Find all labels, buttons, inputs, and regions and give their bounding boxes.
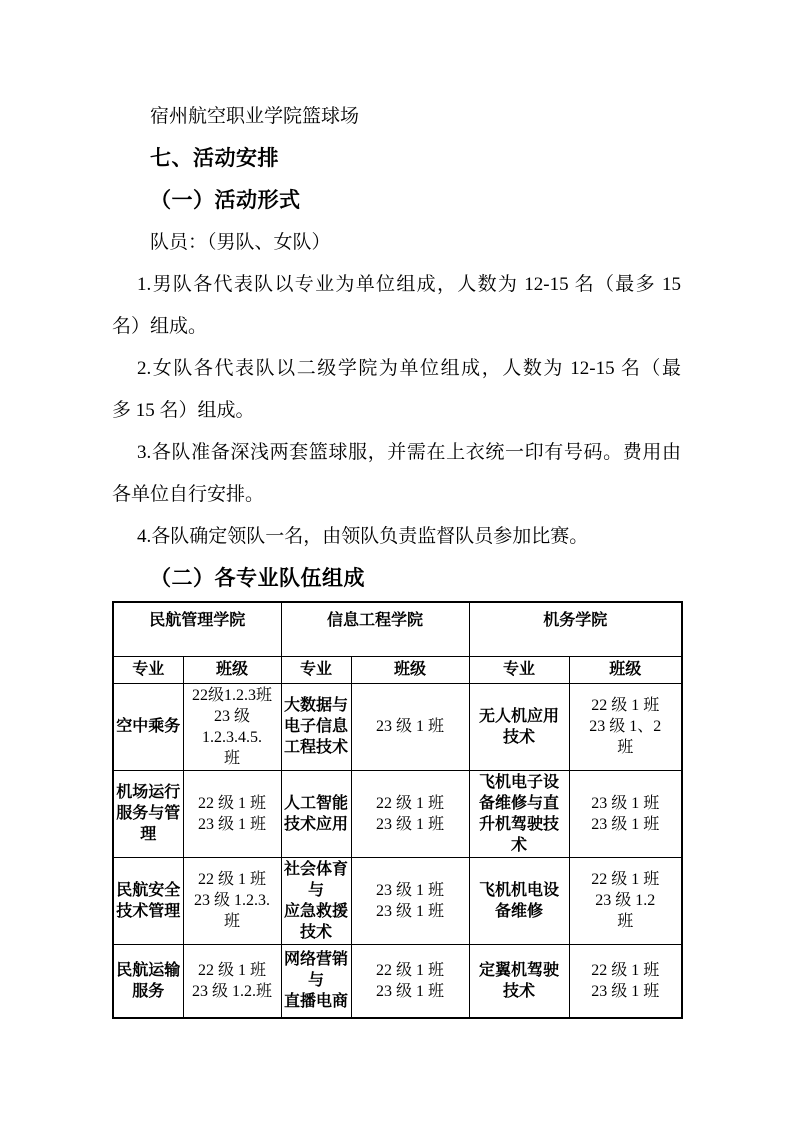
specialty-cell: 民航运输 服务 xyxy=(113,944,183,1018)
subsection-heading-one: （一）活动形式 xyxy=(112,180,681,222)
specialty-cell: 飞机机电设 备维修 xyxy=(469,857,569,944)
class-cell: 22 级 1 班 23 级 1 班 xyxy=(569,944,682,1018)
document-page: 宿州航空职业学院篮球场 七、活动安排 （一）活动形式 队员：（男队、女队） 1.… xyxy=(0,0,793,1122)
paragraph-item2-line1: 2.女队各代表队以二级学院为单位组成，人数为 12-15 名（最 xyxy=(112,348,681,390)
class-cell: 22 级 1 班 23 级 1 班 xyxy=(183,770,281,857)
class-cell: 23 级 1 班 23 级 1 班 xyxy=(569,770,682,857)
table-row: 空中乘务 22级1.2.3班 23 级 1.2.3.4.5. 班 大数据与 电子… xyxy=(113,683,682,770)
column-header-specialty: 专业 xyxy=(113,656,183,683)
column-header-class: 班级 xyxy=(183,656,281,683)
table-row: 民航安全 技术管理 22 级 1 班 23 级 1.2.3. 班 社会体育 与 … xyxy=(113,857,682,944)
paragraph-item1-line2: 名）组成。 xyxy=(112,306,681,348)
document-text-block: 宿州航空职业学院篮球场 七、活动安排 （一）活动形式 队员：（男队、女队） 1.… xyxy=(0,0,793,600)
college-header-information-engineering: 信息工程学院 xyxy=(281,602,469,656)
college-header-civil-aviation-management: 民航管理学院 xyxy=(113,602,281,656)
class-cell: 22 级 1 班 23 级 1 班 xyxy=(351,770,469,857)
column-header-specialty: 专业 xyxy=(281,656,351,683)
specialty-cell: 大数据与 电子信息 工程技术 xyxy=(281,683,351,770)
specialty-cell: 社会体育 与 应急救援 技术 xyxy=(281,857,351,944)
specialty-cell: 空中乘务 xyxy=(113,683,183,770)
college-header-row: 民航管理学院 信息工程学院 机务学院 xyxy=(113,602,682,656)
specialty-cell: 网络营销 与 直播电商 xyxy=(281,944,351,1018)
table-row: 机场运行 服务与管 理 22 级 1 班 23 级 1 班 人工智能 技术应用 … xyxy=(113,770,682,857)
class-cell: 22 级 1 班 23 级 1.2 班 xyxy=(569,857,682,944)
paragraph-item3-line1: 3.各队准备深浅两套篮球服，并需在上衣统一印有号码。费用由 xyxy=(112,432,681,474)
paragraph-item4: 4.各队确定领队一名，由领队负责监督队员参加比赛。 xyxy=(112,516,681,558)
specialty-cell: 无人机应用 技术 xyxy=(469,683,569,770)
paragraph-team-members: 队员：（男队、女队） xyxy=(112,222,681,264)
class-cell: 22 级 1 班 23 级 1 班 xyxy=(351,944,469,1018)
specialty-cell: 定翼机驾驶 技术 xyxy=(469,944,569,1018)
column-header-specialty: 专业 xyxy=(469,656,569,683)
paragraph-venue: 宿州航空职业学院篮球场 xyxy=(112,96,681,138)
class-cell: 22 级 1 班 23 级 1、2 班 xyxy=(569,683,682,770)
class-cell: 22 级 1 班 23 级 1.2.3. 班 xyxy=(183,857,281,944)
table-row: 民航运输 服务 22 级 1 班 23 级 1.2.班 网络营销 与 直播电商 … xyxy=(113,944,682,1018)
column-header-class: 班级 xyxy=(351,656,469,683)
specialty-cell: 民航安全 技术管理 xyxy=(113,857,183,944)
paragraph-item2-line2: 多 15 名）组成。 xyxy=(112,390,681,432)
column-header-class: 班级 xyxy=(569,656,682,683)
class-cell: 23 级 1 班 xyxy=(351,683,469,770)
class-cell: 22 级 1 班 23 级 1.2.班 xyxy=(183,944,281,1018)
class-cell: 23 级 1 班 23 级 1 班 xyxy=(351,857,469,944)
subsection-heading-two: （二）各专业队伍组成 xyxy=(112,558,681,600)
specialty-cell: 人工智能 技术应用 xyxy=(281,770,351,857)
column-header-row: 专业 班级 专业 班级 专业 班级 xyxy=(113,656,682,683)
team-composition-table: 民航管理学院 信息工程学院 机务学院 专业 班级 专业 班级 专业 班级 空中乘… xyxy=(112,601,683,1019)
specialty-cell: 飞机电子设 备维修与直 升机驾驶技 术 xyxy=(469,770,569,857)
class-cell: 22级1.2.3班 23 级 1.2.3.4.5. 班 xyxy=(183,683,281,770)
specialty-cell: 机场运行 服务与管 理 xyxy=(113,770,183,857)
paragraph-item3-line2: 各单位自行安排。 xyxy=(112,474,681,516)
section-heading-seven: 七、活动安排 xyxy=(112,138,681,180)
college-header-aircraft-maintenance: 机务学院 xyxy=(469,602,682,656)
paragraph-item1-line1: 1.男队各代表队以专业为单位组成，人数为 12-15 名（最多 15 xyxy=(112,264,681,306)
